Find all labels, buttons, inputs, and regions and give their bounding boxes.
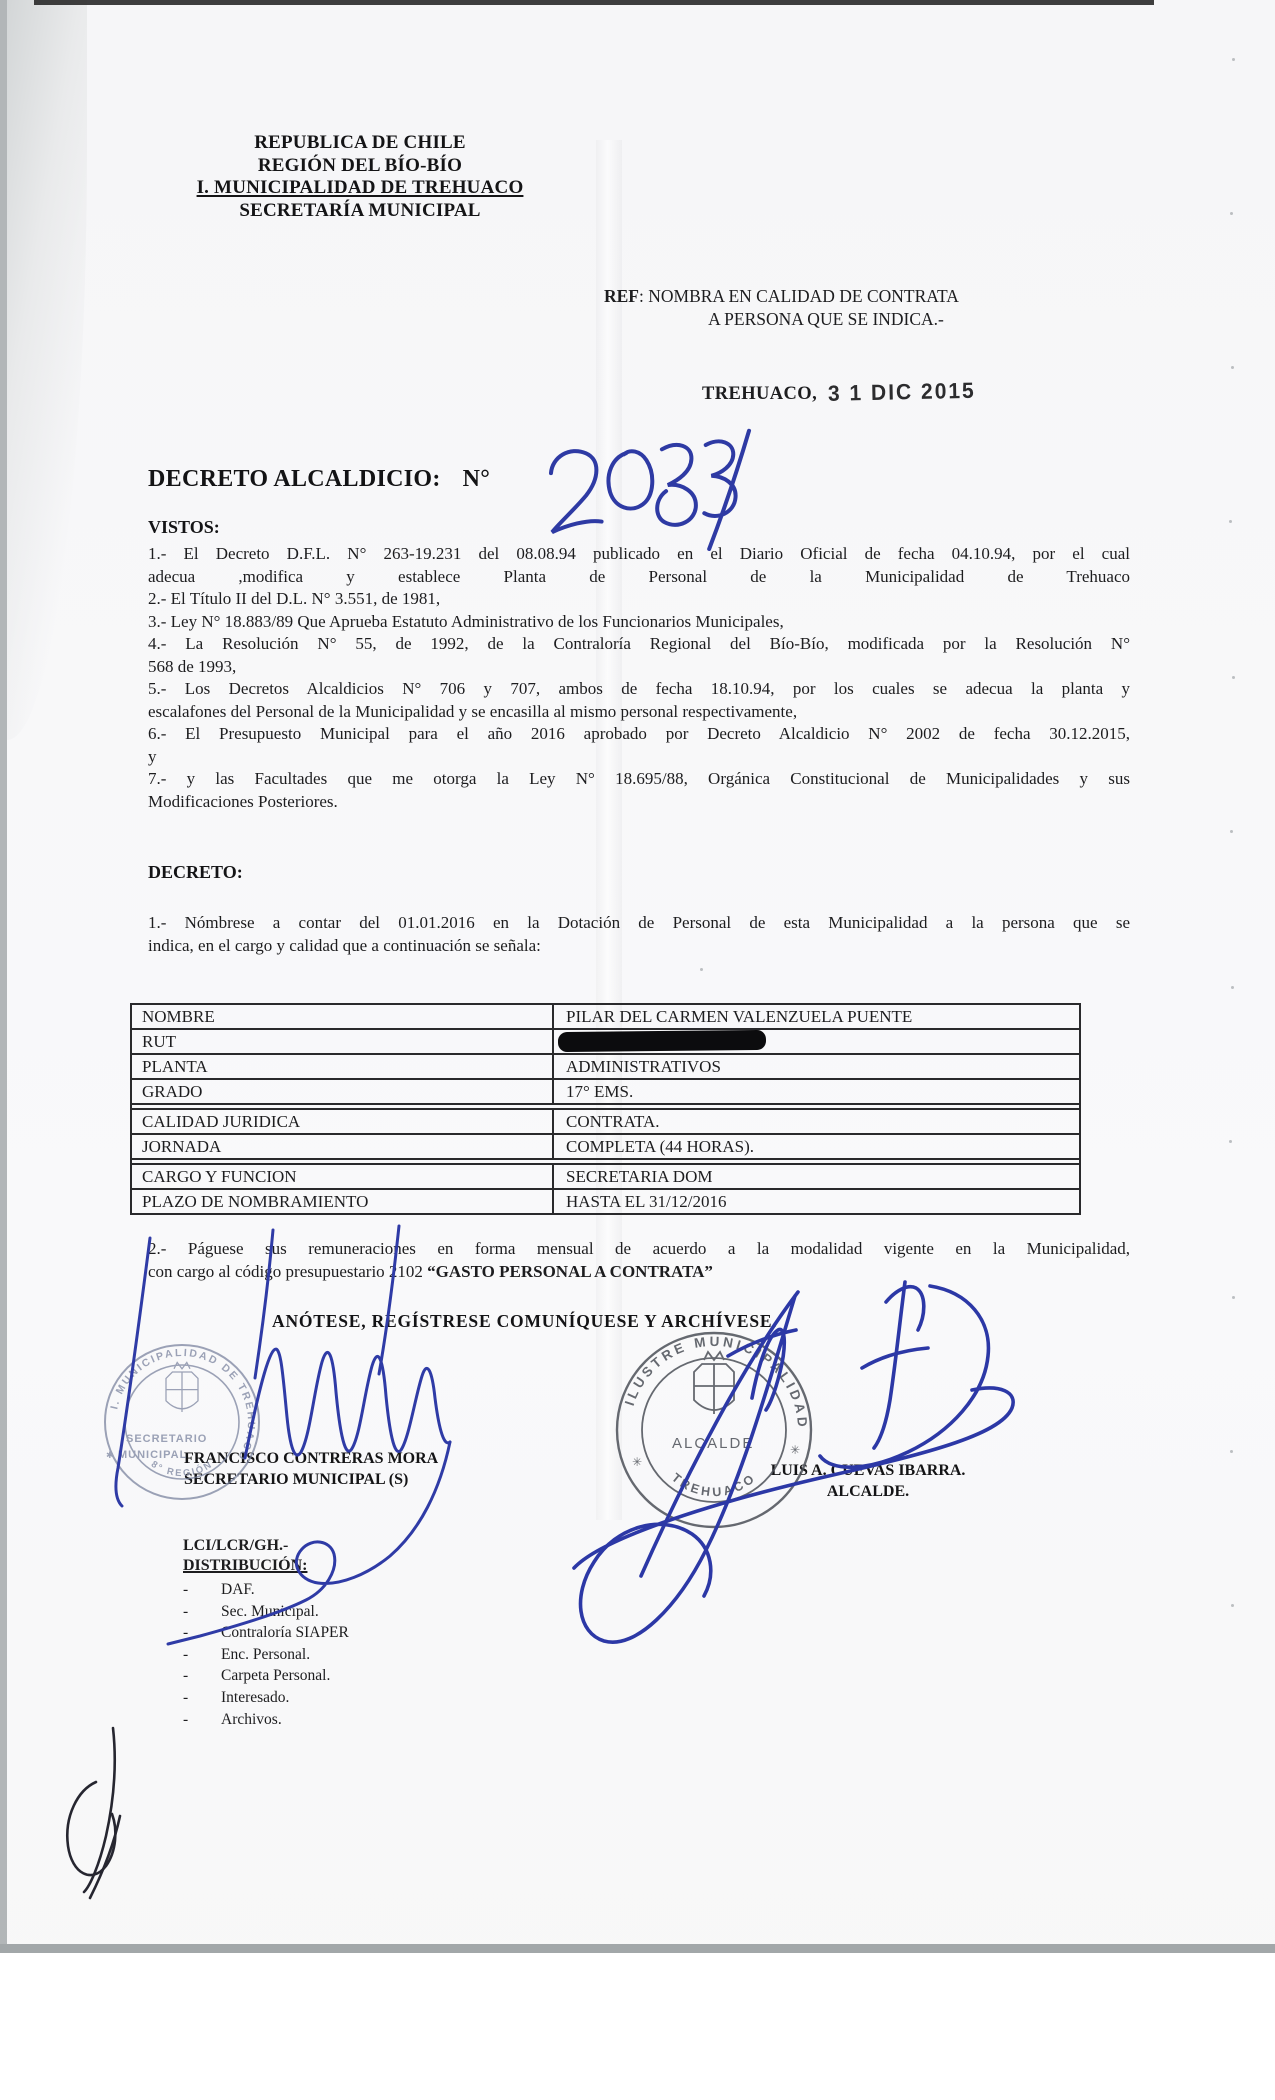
table-row: NOMBREPILAR DEL CARMEN VALENZUELA PUENTE [132,1005,1079,1030]
list-dash: - [183,1709,221,1731]
table-row: RUT [132,1030,1079,1055]
vistos-line: adecua ,modifica y establece Planta de P… [148,566,1130,589]
row-label: CARGO Y FUNCION [132,1165,554,1188]
decree-title: DECRETO ALCALDICIO: [148,466,441,492]
list-dash: - [183,1665,221,1687]
reference-line2: A PERSONA QUE SE INDICA.- [604,308,1082,331]
table-row: GRADO17° EMS. [132,1080,1079,1105]
list-text: Carpeta Personal. [221,1665,330,1687]
scanner-speck [1230,212,1233,215]
vistos-line: 7.- y las Facultades que me otorga la Le… [148,768,1130,791]
row-label: NOMBRE [132,1005,554,1028]
decreto-paragraph1: 1.- Nómbrese a contar del 01.01.2016 en … [148,912,1130,957]
vistos-line: 4.- La Resolución N° 55, de 1992, de la … [148,633,1130,656]
mayor-title: ALCALDE. [742,1481,994,1502]
list-text: Contraloría SIAPER [221,1622,349,1644]
row-value: PILAR DEL CARMEN VALENZUELA PUENTE [554,1005,1079,1028]
row-value: CONTRATA. [554,1110,1079,1133]
payment-budget-code: “GASTO PERSONAL A CONTRATA” [427,1262,713,1281]
list-dash: - [183,1644,221,1666]
row-label: CALIDAD JURIDICA [132,1110,554,1133]
distribution-item: -Archivos. [183,1709,349,1731]
row-label: RUT [132,1030,554,1053]
payment-line1: 2.- Páguese sus remuneraciones en forma … [148,1238,1130,1261]
table-row: CARGO Y FUNCIONSECRETARIA DOM [132,1165,1079,1190]
scanner-speck [1232,676,1235,679]
distribution-heading: DISTRIBUCIÓN: [183,1557,349,1575]
decreto-heading: DECRETO: [148,862,243,883]
table-row: PLAZO DE NOMBRAMIENTOHASTA EL 31/12/2016 [132,1190,1079,1213]
scanner-speck [700,968,703,971]
payment-line2: con cargo al código presupuestario 2102 … [148,1261,1130,1284]
list-text: DAF. [221,1579,255,1601]
reference-block: REF: NOMBRA EN CALIDAD DE CONTRATA A PER… [604,285,1082,331]
seal-ring-text: I. MUNICIPALIDAD DE TREHUACO [108,1347,257,1464]
row-value: ADMINISTRATIVOS [554,1055,1079,1078]
page-bottom-edge [0,1944,1275,1953]
payment-paragraph: 2.- Páguese sus remuneraciones en forma … [148,1238,1130,1283]
decreto-line: 1.- Nómbrese a contar del 01.01.2016 en … [148,912,1130,935]
seal-star-icon: ✳ [632,1455,642,1469]
scanner-speck [1230,1450,1233,1453]
vistos-line: 1.- El Decreto D.F.L. N° 263-19.231 del … [148,543,1130,566]
row-label: PLANTA [132,1055,554,1078]
vistos-line: 5.- Los Decretos Alcaldicios N° 706 y 70… [148,678,1130,701]
vistos-paragraphs: 1.- El Decreto D.F.L. N° 263-19.231 del … [148,543,1130,813]
list-dash: - [183,1687,221,1709]
letterhead-country: REPUBLICA DE CHILE [168,132,552,155]
seal-star-icon: ✱ [106,1450,114,1460]
distribution-item: -Contraloría SIAPER [183,1622,349,1644]
mayor-name: LUIS A. CUEVAS IBARRA. [742,1460,994,1481]
vistos-line: y [148,746,1130,769]
secretary-title: SECRETARIO MUNICIPAL (S) [184,1469,444,1490]
distribution-item: -Carpeta Personal. [183,1665,349,1687]
date-stamp: 3 1 DIC 2015 [828,379,976,407]
row-label: GRADO [132,1080,554,1103]
row-value: 17° EMS. [554,1080,1079,1103]
row-value [554,1030,1079,1053]
list-dash: - [183,1601,221,1623]
distribution-item: -Sec. Municipal. [183,1601,349,1623]
coat-of-arms-icon [166,1362,198,1412]
scanner-edge-left [0,0,7,1950]
vistos-line: escalafones del Personal de la Municipal… [148,701,1130,724]
signature-block-secretary: FRANCISCO CONTRERAS MORA SECRETARIO MUNI… [184,1448,444,1490]
pen-scribble [67,1728,120,1898]
decreto-line: indica, en el cargo y calidad que a cont… [148,935,1130,958]
list-text: Enc. Personal. [221,1644,310,1666]
footer-block: LCI/LCR/GH.- DISTRIBUCIÓN: -DAF.-Sec. Mu… [183,1537,349,1730]
row-value: COMPLETA (44 HORAS). [554,1135,1079,1158]
dateline-city: TREHUACO, [702,384,817,405]
letterhead-municipality: I. MUNICIPALIDAD DE TREHUACO [168,177,552,200]
vistos-line: Modificaciones Posteriores. [148,791,1130,814]
payment-line2-text: con cargo al código presupuestario 2102 [148,1262,427,1281]
vistos-line: 3.- Ley N° 18.883/89 Que Aprueba Estatut… [148,611,1130,634]
drafting-initials: LCI/LCR/GH.- [183,1537,349,1555]
table-row: JORNADACOMPLETA (44 HORAS). [132,1135,1079,1160]
secretary-name: FRANCISCO CONTRERAS MORA [184,1448,444,1469]
municipal-seal-mayor: ILUSTRE MUNICIPALIDAD TREHUACO ALCALDE ✳… [600,1326,835,1551]
letterhead-office: SECRETARÍA MUNICIPAL [168,200,552,223]
closing-formula: ANÓTESE, REGÍSTRESE COMUNÍQUESE Y ARCHÍV… [272,1311,778,1332]
list-dash: - [183,1622,221,1644]
seal-center-text: ALCALDE [672,1435,754,1452]
list-text: Interesado. [221,1687,289,1709]
distribution-item: -Interesado. [183,1687,349,1709]
vistos-line: 6.- El Presupuesto Municipal para el año… [148,723,1130,746]
list-text: Sec. Municipal. [221,1601,319,1623]
scanner-speck [1229,1140,1232,1143]
decree-number-label: N° [463,466,491,492]
signature-block-mayor: LUIS A. CUEVAS IBARRA. ALCALDE. [742,1460,994,1502]
svg-text:ILUSTRE MUNICIPALIDAD: ILUSTRE MUNICIPALIDAD [621,1326,822,1435]
letterhead-region: REGIÓN DEL BÍO-BÍO [168,155,552,178]
seal-title-line2: MUNICIPAL [118,1449,187,1461]
distribution-item: -DAF. [183,1579,349,1601]
list-text: Archivos. [221,1709,282,1731]
scanner-speck [1231,986,1234,989]
scanner-background [0,1953,1275,2100]
row-value: HASTA EL 31/12/2016 [554,1190,1079,1213]
scanner-speck [1232,1296,1235,1299]
redaction-bar [558,1030,766,1052]
distribution-item: -Enc. Personal. [183,1644,349,1666]
vistos-line: 2.- El Título II del D.L. N° 3.551, de 1… [148,588,1130,611]
scanner-speck [1231,366,1234,369]
decree-heading: DECRETO ALCALDICIO:N° [148,466,490,493]
handwritten-decree-number [547,431,755,557]
seal-ring-text: ILUSTRE MUNICIPALIDAD [621,1326,822,1435]
scanner-speck [1230,830,1233,833]
scanner-speck [1231,1604,1234,1607]
reference-label: REF [604,286,639,306]
list-dash: - [183,1579,221,1601]
appointment-table: NOMBREPILAR DEL CARMEN VALENZUELA PUENTE… [130,1003,1081,1215]
scanner-edge-top [34,0,1154,5]
svg-text:I. MUNICIPALIDAD DE TREHUACO: I. MUNICIPALIDAD DE TREHUACO [108,1347,257,1464]
page-curl-shadow [7,0,87,740]
scanned-document-page: REPUBLICA DE CHILE REGIÓN DEL BÍO-BÍO I.… [0,0,1275,2100]
reference-text: : NOMBRA EN CALIDAD DE CONTRATA [639,286,959,306]
row-label: JORNADA [132,1135,554,1158]
vistos-line: 568 de 1993, [148,656,1130,679]
vistos-heading: VISTOS: [148,517,220,538]
letterhead: REPUBLICA DE CHILE REGIÓN DEL BÍO-BÍO I.… [168,132,552,222]
scanner-speck [1229,520,1232,523]
coat-of-arms-icon [694,1352,734,1414]
seal-title-line1: SECRETARIO [126,1433,207,1445]
table-row: PLANTAADMINISTRATIVOS [132,1055,1079,1080]
table-row: CALIDAD JURIDICACONTRATA. [132,1110,1079,1135]
scanner-speck [1232,58,1235,61]
row-label: PLAZO DE NOMBRAMIENTO [132,1190,554,1213]
reference-line1: REF: NOMBRA EN CALIDAD DE CONTRATA [604,285,1082,308]
distribution-list: -DAF.-Sec. Municipal.-Contraloría SIAPER… [183,1579,349,1730]
seal-star-icon: ✳ [790,1443,800,1457]
row-value: SECRETARIA DOM [554,1165,1079,1188]
